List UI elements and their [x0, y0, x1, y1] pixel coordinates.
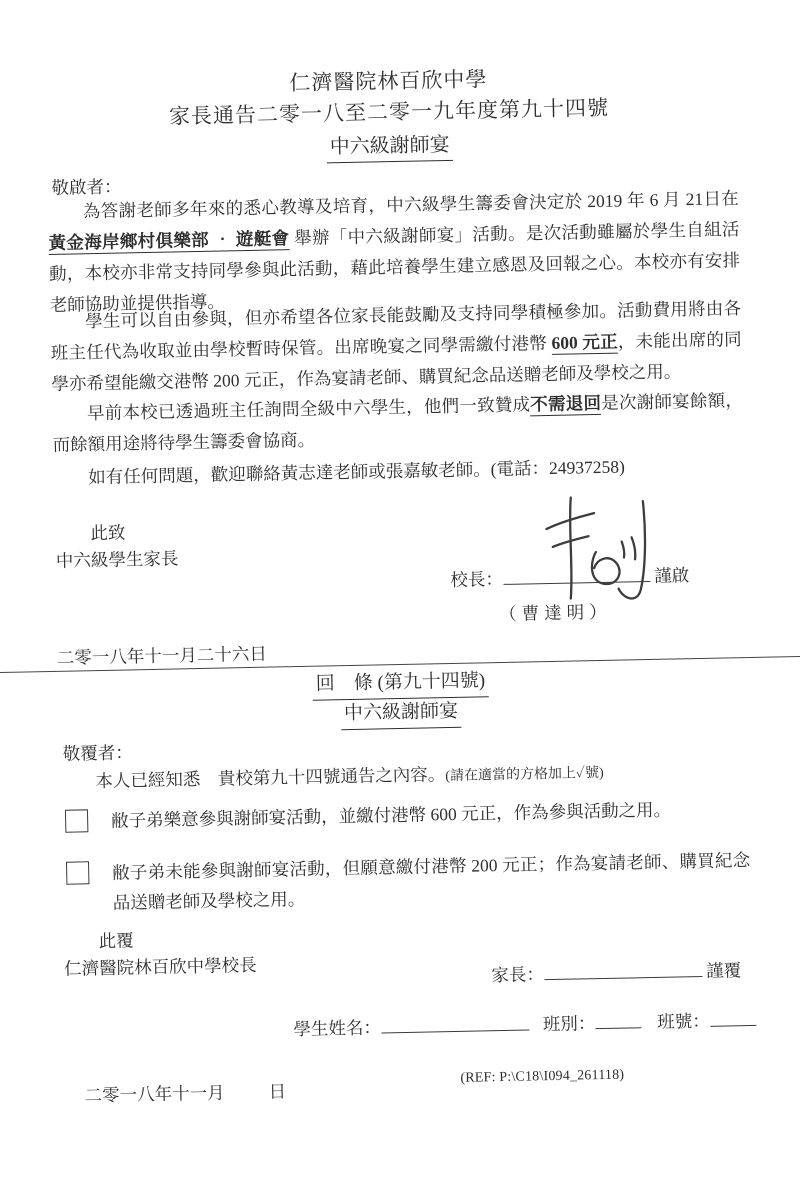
- option-attend-row: 敝子弟樂意參與謝師宴活動，並繳付港幣 600 元正，作為參與活動之用。: [65, 793, 749, 837]
- student-name-label: 學生姓名：: [293, 1017, 381, 1039]
- day-blank-space: [225, 1098, 269, 1099]
- checkbox-attend: [65, 809, 88, 832]
- no-refund-phrase: 不需退回: [530, 393, 601, 416]
- parent-respectfully: 謹覆: [706, 960, 741, 981]
- option-not-attend-row: 敝子弟未能參與謝師宴活動，但願意繳付港幣 200 元正；作為宴請老師、購買紀念品…: [66, 845, 751, 919]
- acknowledge-text: 本人已經知悉 貴校第九十四號通告之內容。: [95, 764, 445, 791]
- parent-signature-line: [544, 958, 702, 981]
- reply-slip-subject-text: 中六級謝師宴: [341, 699, 462, 730]
- venue-name: 黃金海岸鄉村俱樂部 ‧ 遊艇會: [48, 228, 289, 255]
- reply-date-suffix: 日: [268, 1081, 286, 1101]
- ref-code: (REF: P:\C18\I094_261118): [460, 1068, 624, 1087]
- paper-sheet: 仁濟醫院林百欣中學 家長通告二零一八至二零一九年度第九十四號 中六級謝師宴 敬啟…: [0, 0, 800, 1200]
- para1-pre: 為答謝老師多年來的悉心教導及培育，中六級學生籌委會決定於 2019 年 6 月 …: [83, 188, 739, 221]
- principal-signature-block: 校長： 謹啟 （曹達明）: [450, 560, 690, 627]
- reply-date-prefix: 二零一八年十一月: [84, 1083, 224, 1106]
- reply-slip-title-text: 回 條 (第九十四號): [313, 668, 489, 701]
- checkbox-not-attend: [66, 861, 89, 884]
- student-name-line: [381, 1011, 529, 1033]
- paragraph-3: 早前本校已透過班主任詢問全級中六學生，他們一致贊成不需退回是次謝師宴餘額，而餘額…: [52, 385, 744, 461]
- reply-addressee: 仁濟醫院林百欣中學校長: [64, 950, 257, 985]
- class-no-line: [710, 1007, 756, 1027]
- class-label: 班別：: [543, 1013, 596, 1034]
- closing-recipient: 中六級學生家長: [56, 543, 179, 576]
- tick-note: (請在適當的方格加上✓號): [445, 766, 604, 784]
- notice-subject-text: 中六級謝師宴: [326, 128, 453, 164]
- principal-label: 校長：: [450, 569, 503, 590]
- fee-amount: 600 元正: [551, 332, 618, 355]
- handwritten-signature: [531, 491, 651, 609]
- class-line: [595, 1009, 641, 1029]
- principal-respectfully: 謹啟: [654, 565, 689, 586]
- student-info-row: 學生姓名：班別：班號：: [293, 1005, 756, 1045]
- parent-label: 家長：: [491, 964, 544, 985]
- option-attend-label: 敝子弟樂意參與謝師宴活動，並繳付港幣 600 元正，作為參與活動之用。: [111, 793, 749, 836]
- parent-sign-row: 家長： 謹覆: [491, 955, 741, 991]
- reply-date-row: 二零一八年十一月日: [84, 1076, 286, 1111]
- scanned-notice-page: 仁濟醫院林百欣中學 家長通告二零一八至二零一九年度第九十四號 中六級謝師宴 敬啟…: [0, 0, 800, 1200]
- paragraph-2: 學生可以自由參與，但亦希望各位家長能鼓勵及支持同學積極參加。活動費用將由各班主任…: [50, 293, 743, 400]
- acknowledge-line: 本人已經知悉 貴校第九十四號通告之內容。(請在適當的方格加上✓號): [95, 756, 604, 799]
- option-not-attend-label: 敝子弟未能參與謝師宴活動，但願意繳付港幣 200 元正；作為宴請老師、購買紀念品…: [112, 845, 751, 918]
- para3-pre: 早前本校已透過班主任詢問全級中六學生，他們一致贊成: [87, 394, 531, 423]
- class-no-label: 班號：: [657, 1011, 710, 1032]
